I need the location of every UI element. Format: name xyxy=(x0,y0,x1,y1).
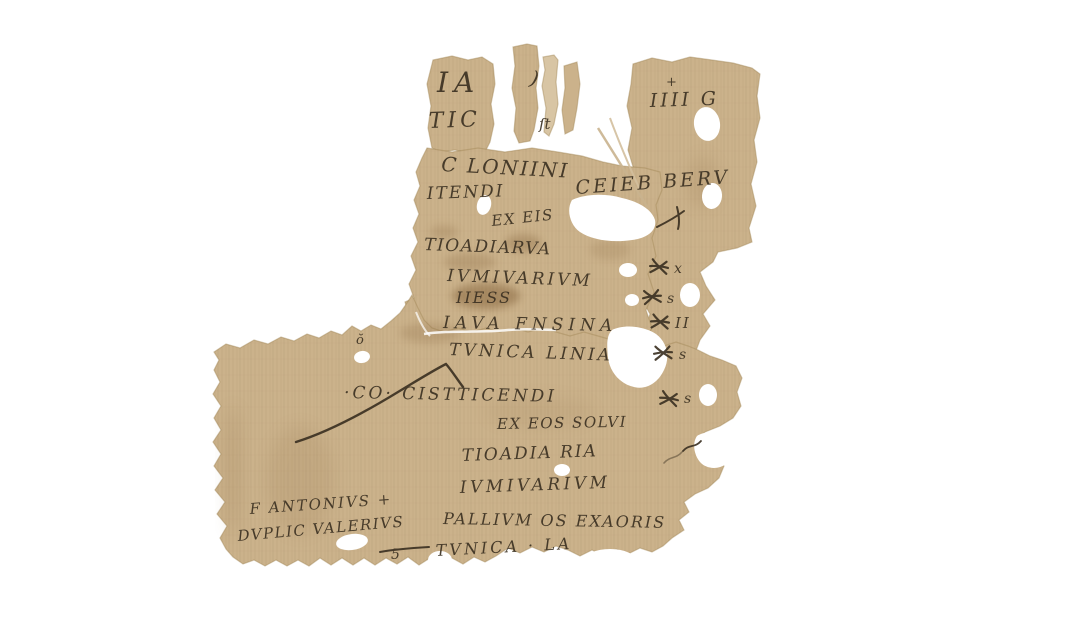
hole xyxy=(699,384,717,406)
papyrus-artwork: IA TIC IIII G C LONIINI CEIEB BERV ITEND… xyxy=(0,0,1090,637)
denarius-numeral: II xyxy=(674,314,691,332)
ink-mark: ŏ xyxy=(356,333,364,348)
denarius-numeral: s xyxy=(667,291,674,307)
ink-line: PALLIVM OS EXAORIS xyxy=(442,509,666,532)
ink-mark: ſt xyxy=(538,115,552,133)
ink-line: EX EOS SOLVI xyxy=(496,413,627,433)
denarius-numeral: s xyxy=(684,391,691,407)
ink-line: ITENDI xyxy=(425,181,504,204)
top-strip-1-fibers xyxy=(512,44,539,143)
papyrus-photo: IA TIC IIII G C LONIINI CEIEB BERV ITEND… xyxy=(0,0,1090,637)
top-strip-3 xyxy=(562,62,580,134)
ink-line: IIESS xyxy=(455,288,512,307)
hole xyxy=(584,549,636,573)
ink-line: TIC xyxy=(428,107,481,134)
stain xyxy=(225,405,241,535)
ink-line: ·CO· CISTTICENDI xyxy=(344,383,557,407)
ink-line: IIII G xyxy=(648,88,719,112)
ink-mark: + xyxy=(666,75,677,90)
denarius-numeral: s xyxy=(679,347,686,363)
denarius-numeral: x xyxy=(674,261,682,277)
hole xyxy=(680,283,700,307)
ink-line: IA xyxy=(436,66,480,99)
stain xyxy=(590,240,630,260)
ink-line: IAVA FNSINA xyxy=(442,313,617,336)
hole xyxy=(625,294,639,306)
hole xyxy=(619,263,637,277)
